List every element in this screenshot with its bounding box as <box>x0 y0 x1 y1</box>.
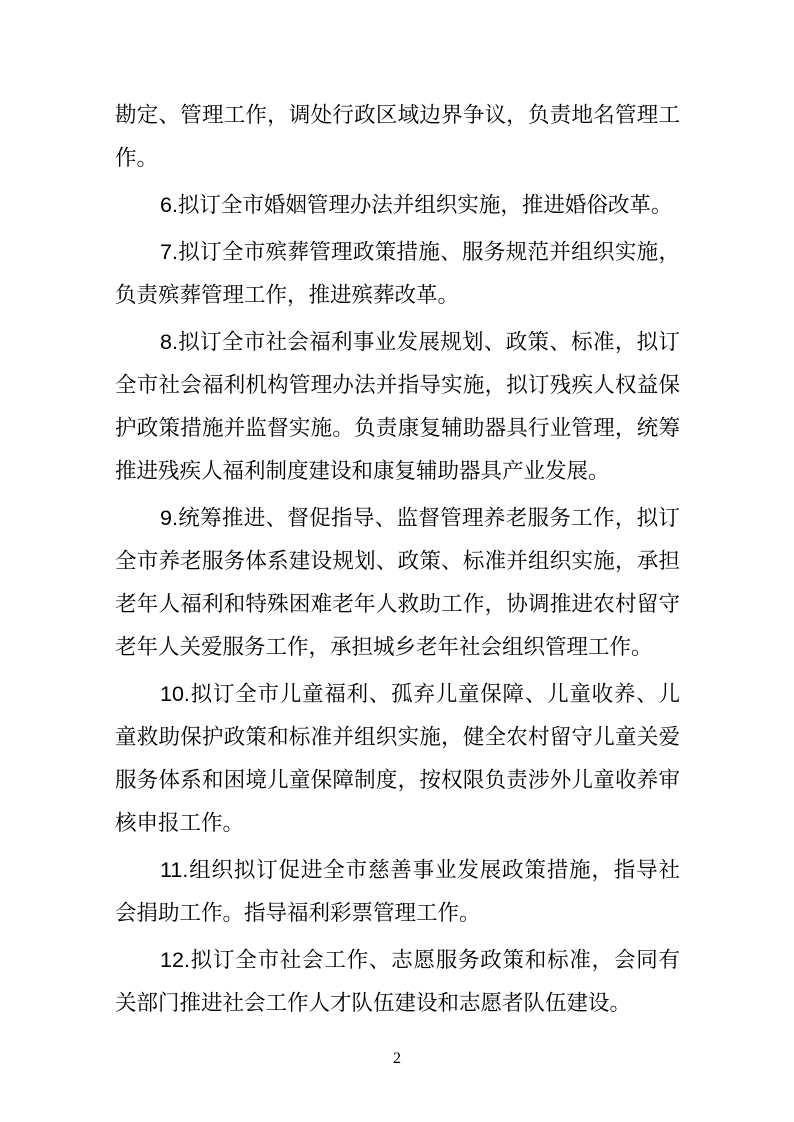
paragraph: 11.组织拟订促进全市慈善事业发展政策措施，指导社会捐助工作。指导福利彩票管理工… <box>115 849 680 935</box>
document-page: 勘定、管理工作，调处行政区域边界争议，负责地名管理工作。6.拟订全市婚姻管理办法… <box>0 0 794 1122</box>
paragraph: 8.拟订全市社会福利事业发展规划、政策、标准，拟订全市社会福利机构管理办法并指导… <box>115 321 680 493</box>
paragraph: 12.拟订全市社会工作、志愿服务政策和标准，会同有关部门推进社会工作人才队伍建设… <box>115 939 680 1025</box>
page-number: 2 <box>0 1050 794 1068</box>
paragraph: 7.拟订全市殡葬管理政策措施、服务规范并组织实施，负责殡葬管理工作，推进殡葬改革… <box>115 231 680 317</box>
paragraph: 10.拟订全市儿童福利、孤弃儿童保障、儿童收养、儿童救助保护政策和标准并组织实施… <box>115 673 680 845</box>
paragraph: 9.统筹推进、督促指导、监督管理养老服务工作，拟订全市养老服务体系建设规划、政策… <box>115 497 680 669</box>
document-body: 勘定、管理工作，调处行政区域边界争议，负责地名管理工作。6.拟订全市婚姻管理办法… <box>115 94 680 1029</box>
paragraph: 6.拟订全市婚姻管理办法并组织实施，推进婚俗改革。 <box>115 184 680 227</box>
paragraph: 勘定、管理工作，调处行政区域边界争议，负责地名管理工作。 <box>115 94 680 180</box>
